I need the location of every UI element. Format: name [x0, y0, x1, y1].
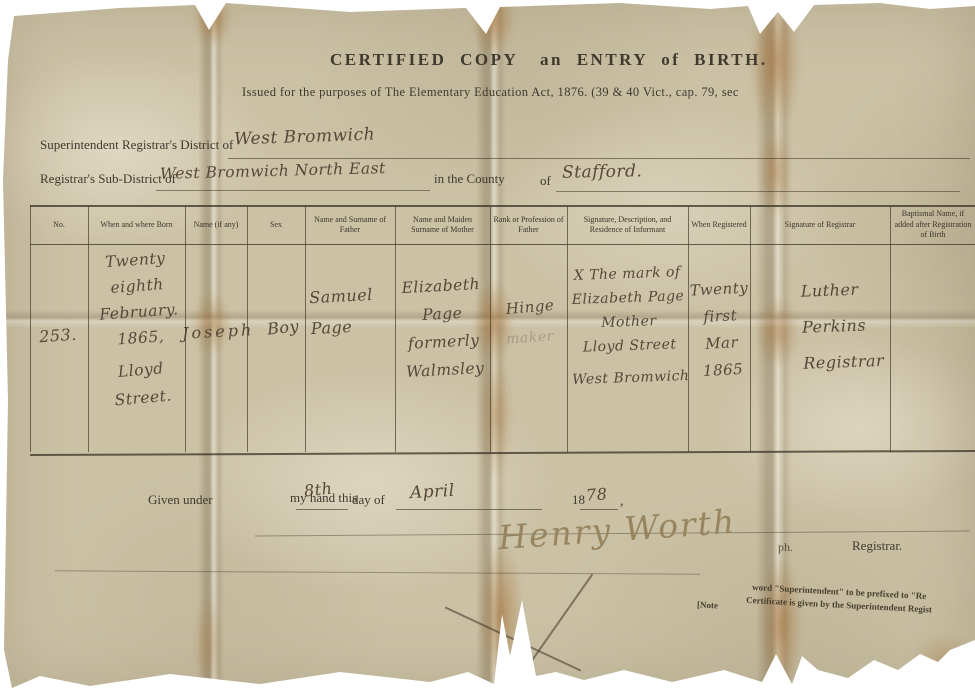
printed-fragment: ph. [778, 540, 793, 555]
year-value: 78 [585, 484, 608, 504]
registrar-footer-signature: Henry Worth [497, 502, 737, 558]
day-of-label: day of [352, 492, 385, 508]
day-underline [296, 509, 348, 510]
cell-informant: X The mark of Elizabeth Page Mother Lloy… [567, 260, 691, 392]
scan-background: CERTIFIED COPY an ENTRY of BIRTH. Issued… [0, 0, 975, 689]
col-header-signature-registrar: Signature of Registrar [751, 208, 889, 242]
table-top-border [30, 205, 975, 207]
registrar-footer-label: Registrar. [852, 538, 902, 554]
col-header-baptismal-name: Baptismal Name, if added after Registrat… [891, 208, 975, 242]
stain [760, 555, 802, 689]
certificate-title-right: an ENTRY of BIRTH. [540, 50, 768, 70]
col-header-father: Name and Surname of Father [306, 208, 394, 242]
comma-mark: , [620, 494, 624, 510]
superintendent-district-value: West Bromwich [234, 125, 376, 150]
stain [754, 296, 800, 368]
tear-edge-line [529, 573, 594, 664]
county-value: Stafford. [562, 161, 643, 182]
col-header-when-where-born: When and where Born [89, 208, 184, 242]
cell-father-name: Samuel Page [308, 278, 395, 344]
subdistrict-underline [156, 190, 430, 191]
subdistrict-label: Registrar's Sub-District of [40, 171, 176, 187]
given-under-label: Given under [148, 492, 213, 508]
cell-when-registered: Twenty first Mar 1865 [689, 275, 753, 386]
cell-child-name: Joseph [182, 320, 253, 343]
col-header-when-registered: When Registered [689, 208, 749, 242]
stain [192, 595, 222, 689]
col-header-name: Name (if any) [186, 208, 246, 242]
superintendent-district-label: Superintendent Registrar's District of [40, 137, 233, 153]
cell-mother-name: Elizabeth Page formerly Walmsley [394, 270, 492, 387]
col-header-no: No. [31, 208, 87, 242]
subdistrict-value: West Bromwich North East [160, 159, 386, 183]
table-column-divider [395, 206, 396, 452]
county-label: in the County [434, 171, 505, 187]
day-value: 8th [303, 479, 333, 501]
month-underline [396, 509, 542, 510]
table-column-divider [750, 206, 751, 452]
col-header-mother: Name and Maiden Surname of Mother [396, 208, 489, 242]
table-column-divider [88, 206, 89, 452]
stain [478, 540, 524, 689]
col-header-sex: Sex [248, 208, 304, 242]
table-column-divider [490, 206, 491, 452]
district-underline [228, 158, 970, 159]
cell-entry-number: 253. [27, 324, 88, 347]
cell-registrar-signature: Luther Perkins Registrar [800, 270, 904, 381]
year-printed: 18 [572, 492, 585, 508]
month-value: April [410, 481, 456, 503]
table-column-divider [567, 206, 568, 452]
lower-rule [55, 570, 700, 574]
cell-born-place: Lloyd Street. [94, 352, 191, 416]
county-underline [556, 191, 960, 192]
county-of-label: of [540, 173, 551, 189]
cell-born-date: Twenty eighth February. 1865, [88, 244, 187, 354]
certificate-paper: CERTIFIED COPY an ENTRY of BIRTH. Issued… [0, 0, 975, 689]
certificate-title-left: CERTIFIED COPY [330, 50, 518, 70]
certificate-subtitle: Issued for the purposes of The Elementar… [242, 85, 882, 100]
col-header-informant: Signature, Description, and Residence of… [568, 208, 687, 242]
note-bracket: [Note [697, 600, 718, 611]
col-header-rank: Rank or Profession of Father [491, 208, 566, 242]
stain [912, 632, 975, 686]
